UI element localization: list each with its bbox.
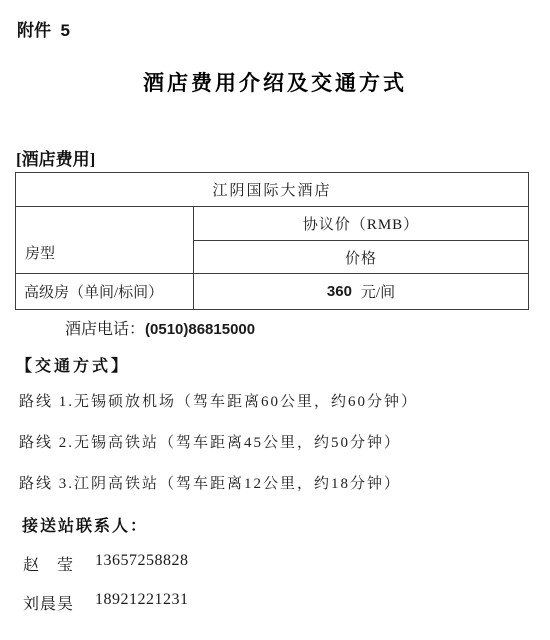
- table-cell-price-header: 价格: [194, 241, 528, 274]
- contact-phone: 18921221231: [95, 591, 189, 614]
- hotel-phone-number: (0510)86815000: [145, 321, 255, 338]
- table-cell-hotel-name: 江阴国际大酒店: [16, 173, 528, 207]
- hotel-phone-line: 酒店电话：(0510)86815000: [65, 316, 255, 339]
- transport-section-heading: 【交通方式】: [16, 353, 130, 376]
- attachment-label: 附件 5: [17, 16, 70, 41]
- contact-phone: 13657258828: [95, 552, 189, 575]
- contact-name: 赵 莹: [23, 552, 95, 575]
- transport-route-2: 路线 2.无锡高铁站（驾车距离45公里，约50分钟）: [19, 431, 401, 452]
- hotel-phone-label: 酒店电话：: [65, 321, 145, 338]
- price-unit: 元/间: [361, 281, 395, 302]
- price-number: 360: [327, 283, 352, 300]
- transport-route-1: 路线 1.无锡硕放机场（驾车距离60公里，约60分钟）: [19, 390, 418, 411]
- hotel-fee-table: 江阴国际大酒店 房型 协议价（RMB） 价格 高级房（单间/标间） 360 元/…: [15, 172, 529, 310]
- contact-row: 刘晨昊 18921221231: [23, 591, 189, 614]
- contacts-section-heading: 接送站联系人：: [22, 513, 148, 536]
- document-page: 附件 5 酒店费用介绍及交通方式 [酒店费用] 江阴国际大酒店 房型 协议价（R…: [0, 0, 550, 640]
- hotel-fee-section-heading: [酒店费用]: [16, 145, 95, 170]
- table-cell-price-value: 360 元/间: [194, 274, 528, 309]
- contact-row: 赵 莹 13657258828: [23, 552, 189, 575]
- table-cell-price-group-header: 协议价（RMB）: [194, 207, 528, 241]
- page-title: 酒店费用介绍及交通方式: [0, 67, 550, 97]
- table-cell-room-name: 高级房（单间/标间）: [16, 274, 194, 309]
- contact-name: 刘晨昊: [23, 591, 95, 614]
- table-cell-room-type-header: 房型: [16, 207, 194, 274]
- transport-route-3: 路线 3.江阴高铁站（驾车距离12公里，约18分钟）: [19, 472, 401, 493]
